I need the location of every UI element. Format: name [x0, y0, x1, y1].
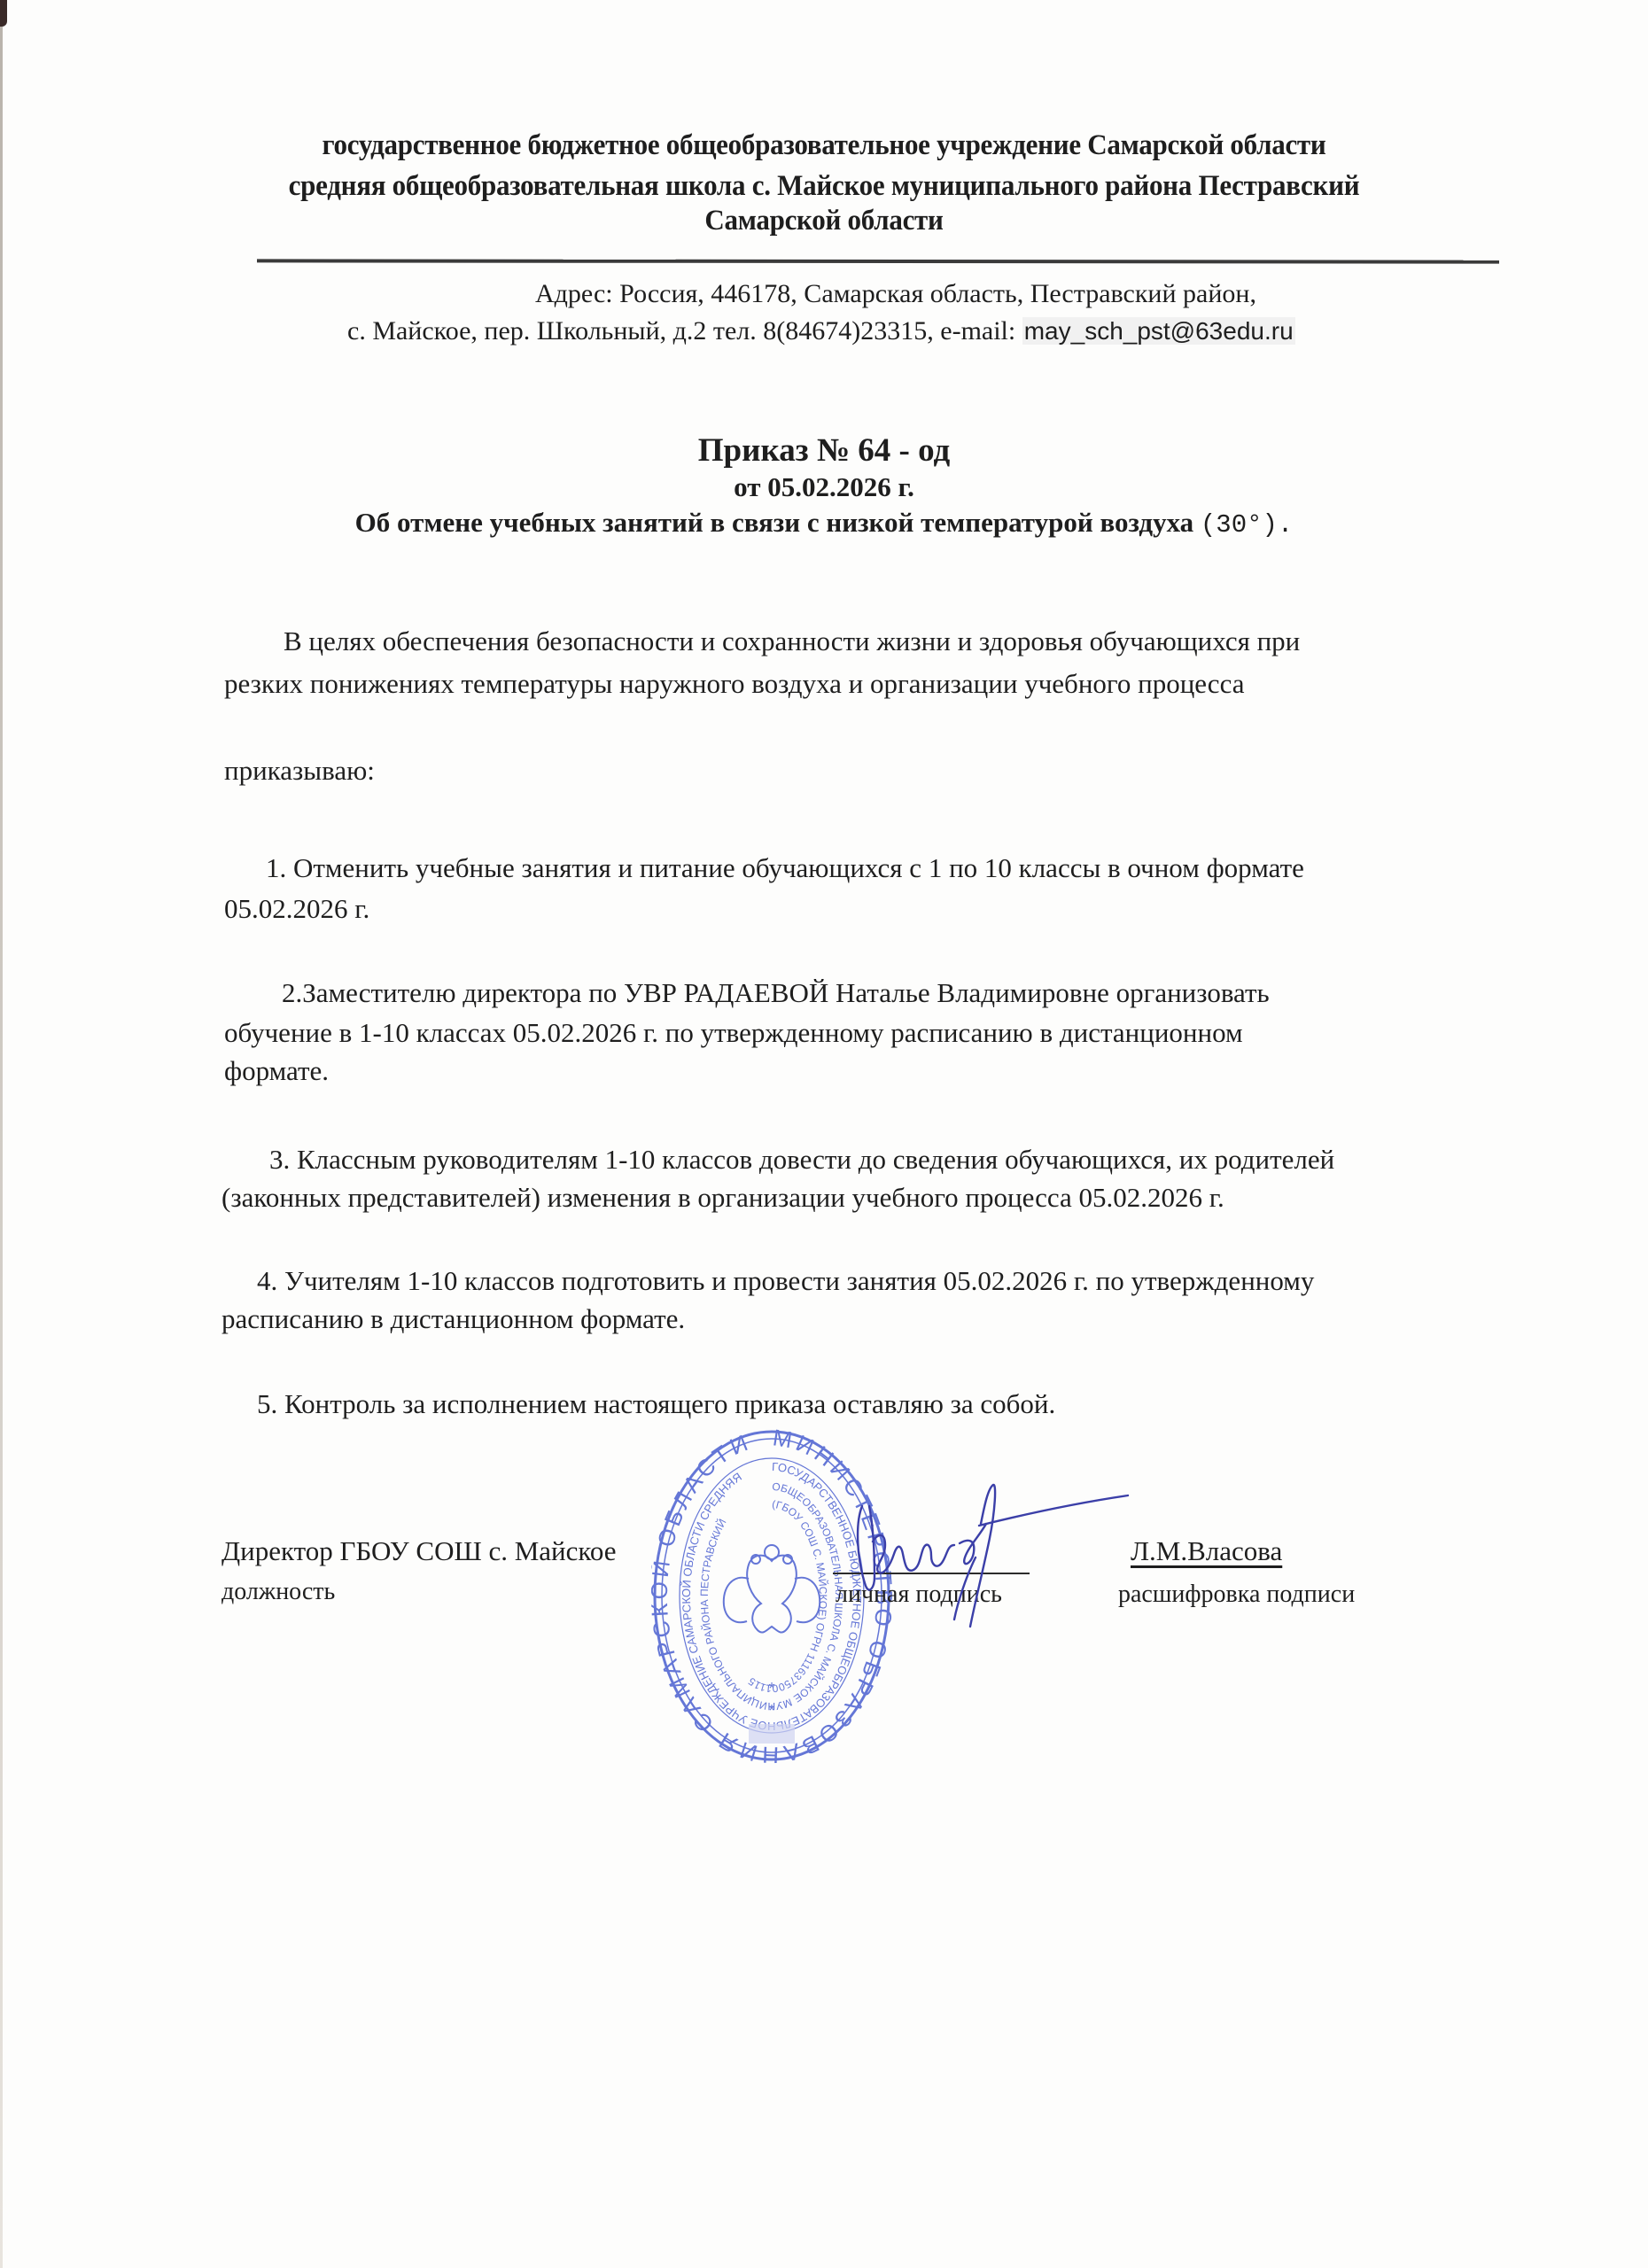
svg-text:(ГБОУ СОШ С. МАЙСКОЕ) ОГРН 111: (ГБОУ СОШ С. МАЙСКОЕ) ОГРН 1116375001115 — [746, 1498, 830, 1695]
scan-edge — [0, 0, 3, 2268]
address-line1: Адрес: Россия, 446178, Самарская область… — [535, 279, 1256, 309]
svg-text:*: * — [768, 1702, 774, 1720]
item-3-line1: 3. Классным руководителям 1-10 классов д… — [269, 1144, 1334, 1176]
signatory-name: Л.М.Власова — [1131, 1535, 1282, 1567]
preamble-line2: резких понижениях температуры наружного … — [224, 668, 1244, 700]
address-line2: с. Майское, пер. Школьный, д.2 тел. 8(84… — [347, 316, 1295, 346]
address-line2-text: с. Майское, пер. Школьный, д.2 тел. 8(84… — [347, 316, 1022, 346]
order-subject-temperature: (30°). — [1201, 510, 1293, 540]
item-4-line2: расписанию в дистанционном формате. — [222, 1303, 685, 1335]
org-name-line1: государственное бюджетное общеобразовате… — [50, 129, 1598, 162]
order-date: от 05.02.2026 г. — [0, 471, 1648, 503]
item-1-line1: 1. Отменить учебные занятия и питание об… — [266, 852, 1304, 884]
handwritten-signature — [846, 1480, 1139, 1648]
coat-of-arms-icon — [724, 1545, 820, 1633]
scan-blemish — [0, 0, 7, 27]
item-4-line1: 4. Учителям 1-10 классов подготовить и п… — [257, 1265, 1314, 1297]
svg-text:*: * — [768, 1680, 774, 1697]
order-subject: Об отмене учебных занятий в связи с низк… — [0, 507, 1648, 540]
email-link[interactable]: may_sch_pst@63edu.ru — [1022, 317, 1295, 345]
item-5-line1: 5. Контроль за исполнением настоящего пр… — [257, 1388, 1055, 1420]
decree-word: приказываю: — [224, 755, 375, 787]
name-caption: расшифровка подписи — [1118, 1581, 1355, 1609]
header-rule — [257, 259, 1499, 263]
item-2-line1: 2.Заместителю директора по УВР РАДАЕВОЙ … — [282, 977, 1270, 1009]
order-subject-text: Об отмене учебных занятий в связи с низк… — [355, 507, 1201, 538]
item-1-line2: 05.02.2026 г. — [224, 893, 369, 925]
item-2-line2: обучение в 1-10 классах 05.02.2026 г. по… — [224, 1017, 1243, 1049]
item-2-line3: формате. — [224, 1055, 329, 1087]
item-3-line2: (законных представителей) изменения в ор… — [222, 1182, 1224, 1214]
org-name-line3: Самарской области — [50, 205, 1598, 237]
preamble-line1: В целях обеспечения безопасности и сохра… — [284, 625, 1300, 657]
signatory-position: Директор ГБОУ СОШ с. Майское — [222, 1535, 617, 1567]
order-title: Приказ № 64 - од — [0, 431, 1648, 470]
position-caption: должность — [222, 1578, 335, 1606]
org-name-line2: средняя общеобразовательная школа с. Май… — [50, 170, 1598, 203]
